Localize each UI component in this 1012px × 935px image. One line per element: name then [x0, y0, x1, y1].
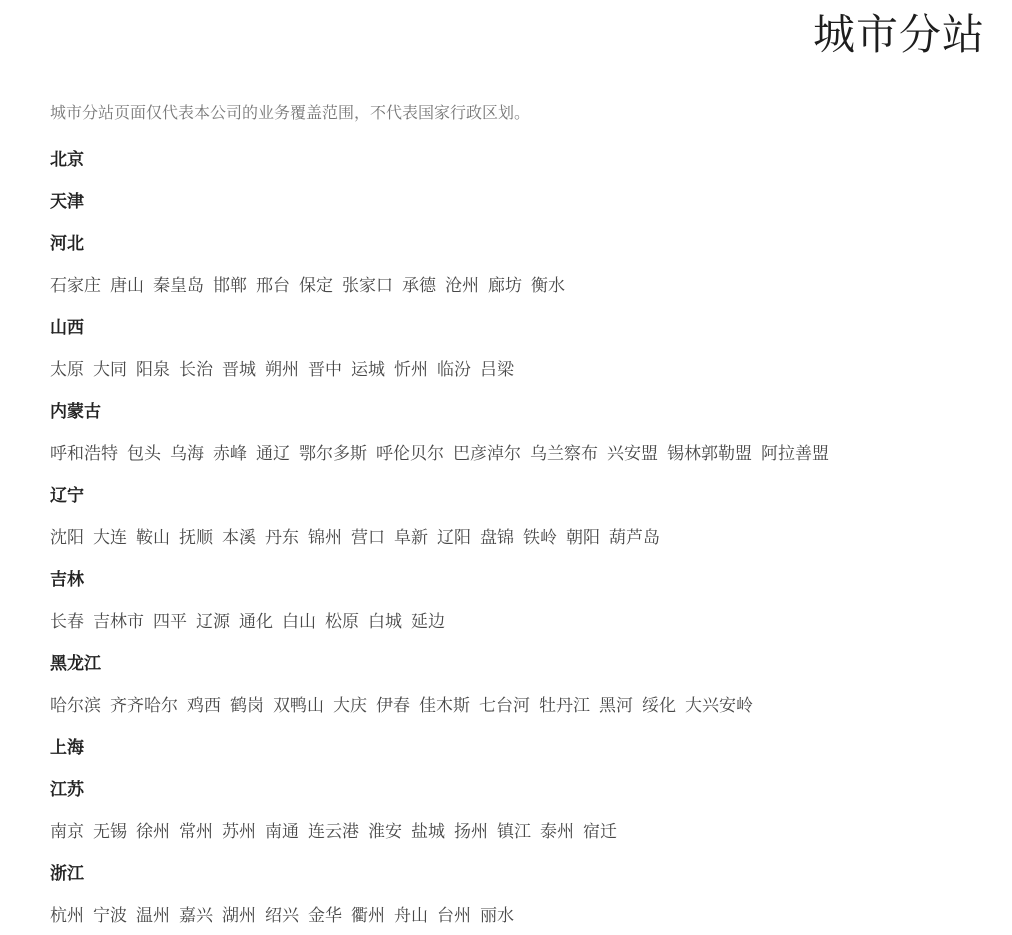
- city-links-row: 呼和浩特包头乌海赤峰通辽鄂尔多斯呼伦贝尔巴彦淖尔乌兰察布兴安盟锡林郭勒盟阿拉善盟: [50, 442, 985, 466]
- city-link[interactable]: 晋中: [308, 360, 342, 379]
- province-link[interactable]: 内蒙古: [50, 402, 101, 421]
- city-link[interactable]: 阳泉: [136, 360, 170, 379]
- province-section-heading: 内蒙古: [50, 400, 985, 424]
- province-link[interactable]: 山西: [50, 318, 84, 337]
- city-link[interactable]: 吕梁: [480, 360, 514, 379]
- city-link[interactable]: 淮安: [368, 822, 402, 841]
- city-link[interactable]: 抚顺: [179, 528, 213, 547]
- city-link[interactable]: 阿拉善盟: [761, 444, 829, 463]
- city-link[interactable]: 巴彦淖尔: [453, 444, 521, 463]
- city-link[interactable]: 锡林郭勒盟: [667, 444, 752, 463]
- city-link[interactable]: 运城: [351, 360, 385, 379]
- city-link[interactable]: 锦州: [308, 528, 342, 547]
- city-links-row: 长春吉林市四平辽源通化白山松原白城延边: [50, 610, 985, 634]
- city-link[interactable]: 延边: [411, 612, 445, 631]
- city-link[interactable]: 营口: [351, 528, 385, 547]
- city-link[interactable]: 鸡西: [187, 696, 221, 715]
- city-link[interactable]: 苏州: [222, 822, 256, 841]
- province-section-heading: 吉林: [50, 568, 985, 592]
- city-link[interactable]: 松原: [325, 612, 359, 631]
- city-link[interactable]: 呼伦贝尔: [376, 444, 444, 463]
- city-link[interactable]: 沈阳: [50, 528, 84, 547]
- city-link[interactable]: 辽阳: [437, 528, 471, 547]
- city-link[interactable]: 辽源: [196, 612, 230, 631]
- city-link[interactable]: 黑河: [599, 696, 633, 715]
- city-link[interactable]: 衢州: [351, 906, 385, 925]
- province-section-heading: 江苏: [50, 778, 985, 802]
- city-link[interactable]: 南通: [265, 822, 299, 841]
- city-link[interactable]: 张家口: [342, 276, 393, 295]
- city-link[interactable]: 双鸭山: [273, 696, 324, 715]
- province-link[interactable]: 浙江: [50, 864, 84, 883]
- city-link[interactable]: 葫芦岛: [609, 528, 660, 547]
- province-link[interactable]: 上海: [50, 738, 84, 757]
- city-link[interactable]: 泰州: [540, 822, 574, 841]
- city-link[interactable]: 牡丹江: [539, 696, 590, 715]
- city-link[interactable]: 嘉兴: [179, 906, 213, 925]
- city-link[interactable]: 哈尔滨: [50, 696, 101, 715]
- city-link[interactable]: 衡水: [531, 276, 565, 295]
- city-link[interactable]: 大庆: [333, 696, 367, 715]
- city-link[interactable]: 保定: [299, 276, 333, 295]
- city-link[interactable]: 朝阳: [566, 528, 600, 547]
- province-city-list: 北京天津河北石家庄唐山秦皇岛邯郸邢台保定张家口承德沧州廊坊衡水山西太原大同阳泉长…: [50, 148, 985, 928]
- province-link[interactable]: 江苏: [50, 780, 84, 799]
- disclaimer-text: 城市分站页面仅代表本公司的业务覆盖范围，不代表国家行政区划。: [50, 102, 985, 126]
- city-links-row: 南京无锡徐州常州苏州南通连云港淮安盐城扬州镇江泰州宿迁: [50, 820, 985, 844]
- city-link[interactable]: 赤峰: [213, 444, 247, 463]
- city-link[interactable]: 盐城: [411, 822, 445, 841]
- city-link[interactable]: 温州: [136, 906, 170, 925]
- city-link[interactable]: 齐齐哈尔: [110, 696, 178, 715]
- city-link[interactable]: 邢台: [256, 276, 290, 295]
- city-link[interactable]: 承德: [402, 276, 436, 295]
- page-title: 城市分站: [50, 0, 985, 60]
- city-link[interactable]: 绥化: [642, 696, 676, 715]
- province-section-heading: 北京: [50, 148, 985, 172]
- province-section-heading: 河北: [50, 232, 985, 256]
- city-link[interactable]: 四平: [153, 612, 187, 631]
- city-link[interactable]: 呼和浩特: [50, 444, 118, 463]
- province-link[interactable]: 辽宁: [50, 486, 84, 505]
- city-link[interactable]: 台州: [437, 906, 471, 925]
- city-link[interactable]: 金华: [308, 906, 342, 925]
- city-link[interactable]: 镇江: [497, 822, 531, 841]
- city-link[interactable]: 长治: [179, 360, 213, 379]
- city-link[interactable]: 长春: [50, 612, 84, 631]
- city-link[interactable]: 七台河: [479, 696, 530, 715]
- city-link[interactable]: 南京: [50, 822, 84, 841]
- province-section-heading: 山西: [50, 316, 985, 340]
- city-links-row: 石家庄唐山秦皇岛邯郸邢台保定张家口承德沧州廊坊衡水: [50, 274, 985, 298]
- city-links-row: 杭州宁波温州嘉兴湖州绍兴金华衢州舟山台州丽水: [50, 904, 985, 928]
- city-links-row: 沈阳大连鞍山抚顺本溪丹东锦州营口阜新辽阳盘锦铁岭朝阳葫芦岛: [50, 526, 985, 550]
- city-links-row: 太原大同阳泉长治晋城朔州晋中运城忻州临汾吕梁: [50, 358, 985, 382]
- province-section-heading: 上海: [50, 736, 985, 760]
- city-link[interactable]: 秦皇岛: [153, 276, 204, 295]
- city-link[interactable]: 通辽: [256, 444, 290, 463]
- city-link[interactable]: 石家庄: [50, 276, 101, 295]
- city-link[interactable]: 太原: [50, 360, 84, 379]
- city-link[interactable]: 唐山: [110, 276, 144, 295]
- city-link[interactable]: 宿迁: [583, 822, 617, 841]
- city-link[interactable]: 晋城: [222, 360, 256, 379]
- province-link[interactable]: 北京: [50, 150, 84, 169]
- city-link[interactable]: 大同: [93, 360, 127, 379]
- city-link[interactable]: 沧州: [445, 276, 479, 295]
- city-link[interactable]: 兴安盟: [607, 444, 658, 463]
- city-link[interactable]: 湖州: [222, 906, 256, 925]
- city-substation-page: 城市分站 城市分站页面仅代表本公司的业务覆盖范围，不代表国家行政区划。 北京天津…: [0, 0, 1012, 935]
- province-section-heading: 辽宁: [50, 484, 985, 508]
- city-link[interactable]: 吉林市: [93, 612, 144, 631]
- city-link[interactable]: 忻州: [394, 360, 428, 379]
- city-link[interactable]: 本溪: [222, 528, 256, 547]
- city-link[interactable]: 杭州: [50, 906, 84, 925]
- city-link[interactable]: 大兴安岭: [685, 696, 753, 715]
- city-link[interactable]: 白山: [282, 612, 316, 631]
- city-link[interactable]: 临汾: [437, 360, 471, 379]
- city-link[interactable]: 连云港: [308, 822, 359, 841]
- city-link[interactable]: 徐州: [136, 822, 170, 841]
- city-link[interactable]: 廊坊: [488, 276, 522, 295]
- province-section-heading: 天津: [50, 190, 985, 214]
- city-link[interactable]: 通化: [239, 612, 273, 631]
- city-link[interactable]: 乌海: [170, 444, 204, 463]
- province-section-heading: 黑龙江: [50, 652, 985, 676]
- province-link[interactable]: 河北: [50, 234, 84, 253]
- city-link[interactable]: 铁岭: [523, 528, 557, 547]
- city-link[interactable]: 阜新: [394, 528, 428, 547]
- city-link[interactable]: 盘锦: [480, 528, 514, 547]
- city-link[interactable]: 扬州: [454, 822, 488, 841]
- city-link[interactable]: 佳木斯: [419, 696, 470, 715]
- city-link[interactable]: 常州: [179, 822, 213, 841]
- city-link[interactable]: 包头: [127, 444, 161, 463]
- city-link[interactable]: 丹东: [265, 528, 299, 547]
- city-link[interactable]: 鄂尔多斯: [299, 444, 367, 463]
- city-link[interactable]: 白城: [368, 612, 402, 631]
- city-link[interactable]: 邯郸: [213, 276, 247, 295]
- city-link[interactable]: 大连: [93, 528, 127, 547]
- city-link[interactable]: 鹤岗: [230, 696, 264, 715]
- city-link[interactable]: 无锡: [93, 822, 127, 841]
- city-link[interactable]: 鞍山: [136, 528, 170, 547]
- city-link[interactable]: 宁波: [93, 906, 127, 925]
- city-link[interactable]: 乌兰察布: [530, 444, 598, 463]
- city-link[interactable]: 绍兴: [265, 906, 299, 925]
- city-link[interactable]: 朔州: [265, 360, 299, 379]
- province-section-heading: 浙江: [50, 862, 985, 886]
- city-link[interactable]: 丽水: [480, 906, 514, 925]
- city-link[interactable]: 舟山: [394, 906, 428, 925]
- province-link[interactable]: 吉林: [50, 570, 84, 589]
- province-link[interactable]: 天津: [50, 192, 84, 211]
- city-link[interactable]: 伊春: [376, 696, 410, 715]
- province-link[interactable]: 黑龙江: [50, 654, 101, 673]
- city-links-row: 哈尔滨齐齐哈尔鸡西鹤岗双鸭山大庆伊春佳木斯七台河牡丹江黑河绥化大兴安岭: [50, 694, 985, 718]
